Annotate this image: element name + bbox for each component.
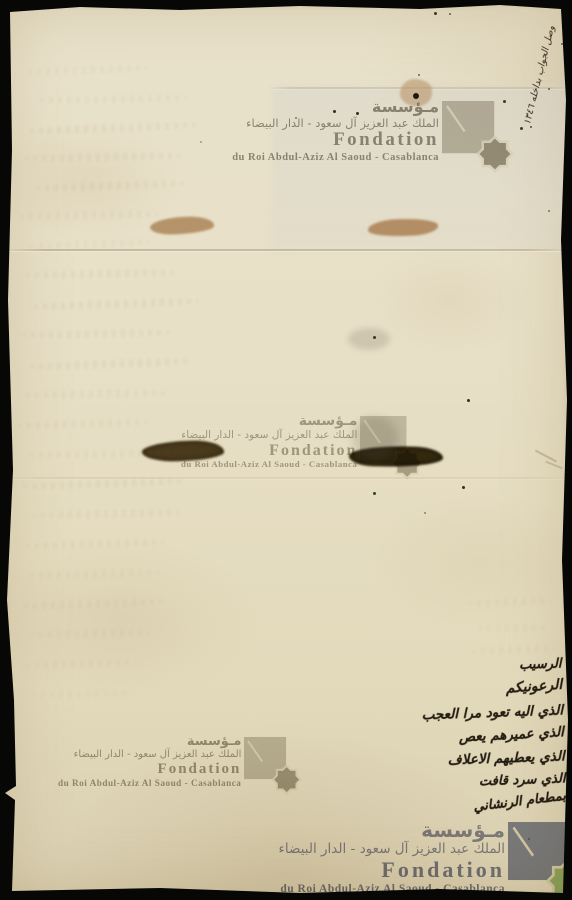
ink-speck: [520, 127, 523, 130]
watermark-french-subtitle: du Roi Abdul-Aziz Al Saoud - Casablanca: [181, 459, 357, 470]
ink-speck: [530, 126, 532, 128]
foundation-watermark-middle: مـؤسسة الملك عبد العزيز آل سعود - الدار …: [181, 414, 424, 480]
ink-speck: [503, 100, 506, 103]
ink-speck: [418, 74, 420, 76]
watermark-french-title: Fondation: [279, 858, 505, 882]
bleed-through-line: [30, 629, 150, 639]
fold-line-vertical: [0, 0, 2, 400]
handwritten-line: الذي يعطيهم الاعلاف: [412, 746, 565, 771]
ink-speck: [548, 88, 550, 90]
bleed-through-line: [26, 658, 136, 670]
ink-speck: [200, 141, 202, 143]
bleed-through-line: [24, 477, 184, 491]
bleed-through-line: [28, 64, 148, 76]
manuscript-page: مـؤسسة الملك عبد العزيز آل سعود - الدار …: [0, 0, 572, 900]
handwritten-note-block: الرسيب الرعونيكم الذي اليه تعود مرا العج…: [409, 654, 567, 820]
bleed-through-line: [32, 509, 182, 520]
bleed-through-line: [30, 121, 200, 135]
ink-speck: [528, 838, 530, 840]
bleed-through-line: [468, 597, 550, 608]
bleed-through-line: [40, 94, 190, 105]
bleed-through-line: [36, 179, 186, 192]
bleed-through-line: [34, 297, 199, 311]
watermark-arabic-subtitle: الملك عبد العزيز آل سعود - الدار البيضاء: [181, 429, 357, 442]
ink-speck: [449, 13, 451, 15]
ink-speck: [467, 399, 470, 402]
ink-stain: [150, 215, 215, 235]
foundation-watermark-bottom-right: مـؤسسة الملك عبد العزيز آل سعود - الدار …: [279, 820, 572, 900]
ink-speck: [434, 12, 437, 15]
watermark-arabic-title: مـؤسسة: [279, 820, 505, 841]
bleed-through-line: [30, 357, 190, 371]
watermark-french-subtitle: du Roi Abdul-Aziz Al Saoud - Casablanca: [232, 151, 439, 165]
bleed-through-line: [478, 623, 548, 632]
bleed-through-line: [24, 598, 164, 611]
ink-speck: [462, 486, 465, 489]
foundation-watermark-bottom-left: مـؤسسة الملك عبد العزيز آل سعود - الدار …: [58, 735, 302, 795]
smudge-stain: [348, 328, 390, 350]
handwritten-line: الذي عميرهم يعص: [422, 722, 565, 749]
handwritten-line: الذي اليه تعود مرا العجب: [411, 700, 564, 725]
bleed-through-line: [30, 569, 160, 579]
watermark-french-title: Fondation: [181, 442, 357, 460]
watermark-french-subtitle: du Roi Abdul-Aziz Al Saoud - Casablanca: [279, 882, 505, 897]
watermark-french-title: Fondation: [232, 130, 439, 151]
watermark-arabic-subtitle: الملك عبد العزيز آل سعود - الدار البيضاء: [58, 749, 241, 762]
ink-speck: [413, 93, 419, 99]
bleed-through-line: [24, 152, 184, 163]
bleed-through-line: [22, 329, 172, 340]
watermark-arabic-title: مـؤسسة: [181, 414, 357, 429]
bleed-through-line: [26, 389, 166, 399]
bleed-through-line: [26, 269, 176, 280]
foundation-logo-icon: [508, 822, 572, 900]
ink-speck: [548, 210, 550, 212]
crease-mark: [545, 461, 562, 469]
foundation-watermark-top-right: مـؤسسة الملك عبد العزيز آل سعود - الدار …: [232, 99, 514, 173]
fold-line-horizontal: [0, 249, 572, 251]
watermark-arabic-title: مـؤسسة: [58, 735, 241, 749]
ink-speck: [424, 512, 426, 514]
watermark-french-title: Fondation: [58, 761, 241, 778]
bleed-through-line: [32, 689, 132, 699]
ink-speck: [561, 43, 563, 45]
ink-speck: [356, 112, 359, 115]
watermark-arabic-subtitle: الملك عبد العزيز آل سعود - الدار البيضاء: [279, 841, 505, 858]
bleed-through-line: [18, 418, 148, 431]
watermark-arabic-title: مـؤسسة: [232, 99, 439, 116]
foundation-logo-icon: [442, 101, 514, 173]
ink-speck: [373, 492, 376, 495]
watermark-arabic-subtitle: الملك عبد العزيز آل سعود - الدار البيضاء: [232, 116, 439, 130]
foundation-logo-icon: [360, 416, 424, 480]
bleed-through-line: [20, 210, 160, 220]
bleed-through-line: [472, 645, 556, 656]
ink-speck: [295, 117, 297, 119]
ink-speck: [333, 110, 336, 113]
bleed-through-line: [26, 538, 166, 551]
foundation-logo-icon: [244, 737, 302, 795]
watermark-french-subtitle: du Roi Abdul-Aziz Al Saoud - Casablanca: [58, 778, 241, 790]
ink-speck: [373, 336, 376, 339]
